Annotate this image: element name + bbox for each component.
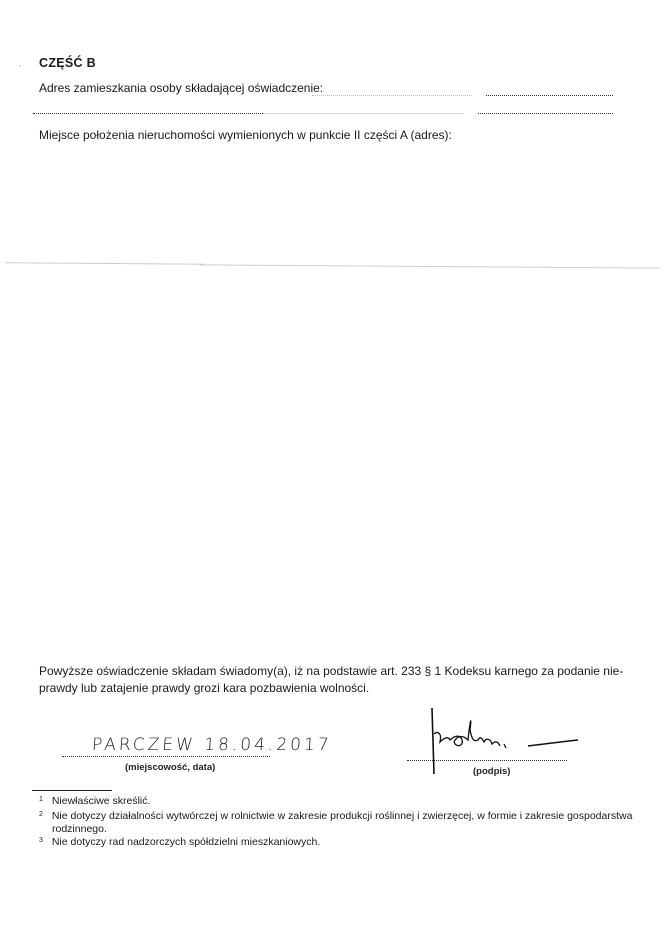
residence-label: Adres zamieszkania osoby składającej ośw…	[39, 81, 323, 96]
property-location-label: Miejsce położenia nieruchomości wymienio…	[39, 128, 452, 143]
scan-mark: ·	[18, 58, 22, 73]
residence-field-line-2b	[478, 113, 613, 114]
section-title: CZĘŚĆ B	[39, 56, 96, 71]
declaration-line-1: Powyższe oświadczenie składam świadomy(a…	[39, 664, 623, 679]
footnote-2-continuation: rodzinnego.	[52, 823, 107, 836]
residence-field-line-1	[486, 95, 613, 96]
place-date-caption: (miejscowość, data)	[125, 762, 215, 773]
scan-artifact-line	[5, 262, 205, 264]
residence-field-redacted-2	[263, 113, 463, 114]
declaration-line-2: prawdy lub zatajenie prawdy grozi kara p…	[39, 681, 369, 696]
signature-caption: (podpis)	[473, 766, 510, 777]
residence-field-line-2a	[33, 113, 263, 114]
signature-line	[407, 760, 567, 761]
footnote-3: 3 Nie dotyczy rad nadzorczych spółdzieln…	[39, 836, 320, 849]
footnote-separator	[32, 790, 112, 791]
place-date-line	[62, 756, 270, 757]
footnote-2: 2 Nie dotyczy działalności wytwórczej w …	[39, 810, 632, 823]
residence-field-redacted	[312, 95, 472, 96]
footnote-1: 1 Niewłaściwe skreślić.	[39, 795, 150, 808]
place-date-handwritten: PARCZEW 18.04.2017	[91, 735, 332, 755]
scan-artifact-line	[200, 264, 660, 268]
